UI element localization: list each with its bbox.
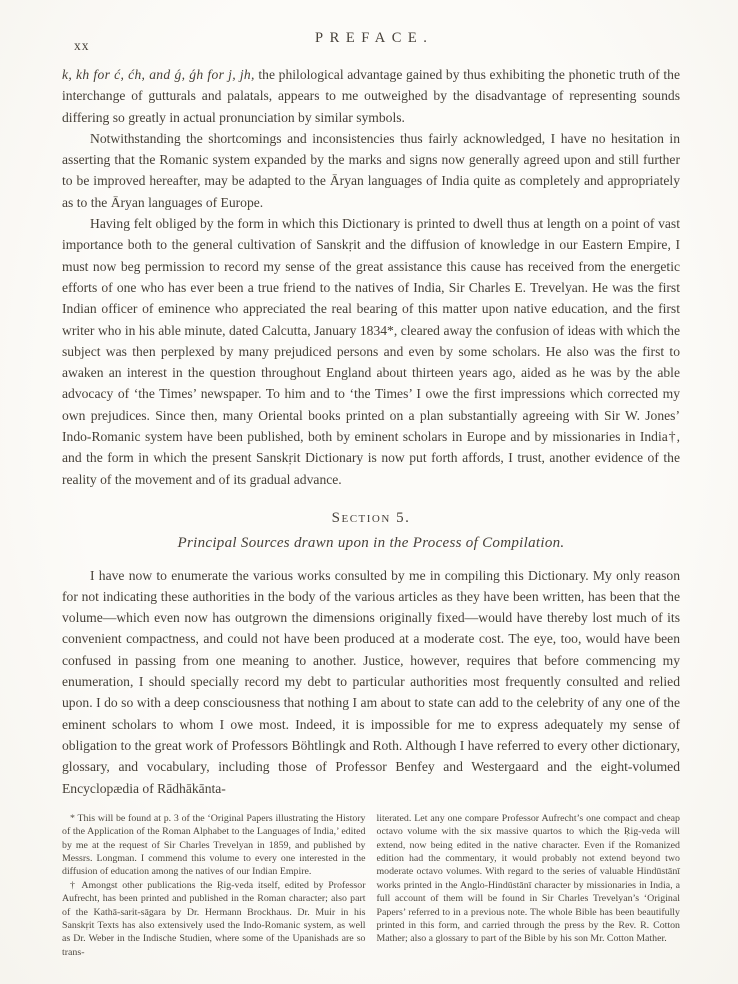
page-title: PREFACE. xyxy=(62,30,680,47)
book-page: xx PREFACE. k, kh for ć, ćh, and ǵ, ǵh f… xyxy=(0,0,738,984)
paragraph-enumerate-sources: I have now to enumerate the various work… xyxy=(62,565,680,799)
footnote-column-right: literated. Let any one compare Professor… xyxy=(377,812,681,959)
footnote-column-left: * This will be found at p. 3 of the ‘Ori… xyxy=(62,812,366,959)
page-body: k, kh for ć, ćh, and ǵ, ǵh for j, jh, th… xyxy=(62,64,680,799)
footnote-dagger-continuation: literated. Let any one compare Professor… xyxy=(377,812,681,946)
paragraph-having-felt-obliged: Having felt obliged by the form in which… xyxy=(62,213,680,490)
section-heading: Section 5. xyxy=(62,508,680,529)
paragraph-continuation: k, kh for ć, ćh, and ǵ, ǵh for j, jh, th… xyxy=(62,64,680,128)
footnote-dagger: † Amongst other publications the Ṛig-ved… xyxy=(62,879,366,959)
section-subtitle: Principal Sources drawn upon in the Proc… xyxy=(62,533,680,554)
paragraph-lead-italic: k, kh for ć, ćh, and ǵ, ǵh for j, jh, xyxy=(62,67,255,82)
page-number: xx xyxy=(74,38,90,54)
footnote-star: * This will be found at p. 3 of the ‘Ori… xyxy=(62,812,366,879)
paragraph-notwithstanding: Notwithstanding the shortcomings and inc… xyxy=(62,128,680,213)
footnotes: * This will be found at p. 3 of the ‘Ori… xyxy=(62,812,680,959)
page-header: xx PREFACE. xyxy=(62,30,680,54)
